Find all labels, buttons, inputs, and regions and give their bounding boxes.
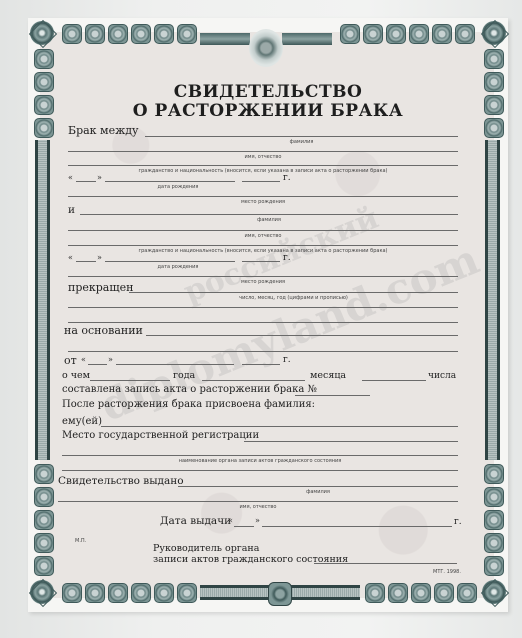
hint-name: имя, отчество xyxy=(68,154,458,160)
quote-close: » xyxy=(97,253,102,262)
rosette-ornament-icon xyxy=(154,24,174,44)
rosette-ornament-icon xyxy=(386,24,406,44)
record-day-field[interactable] xyxy=(362,380,426,381)
hint-surname: фамилия xyxy=(145,139,458,145)
rosette-ornament-icon xyxy=(34,464,54,484)
issued-surname-field[interactable] xyxy=(178,486,458,487)
quote-open: « xyxy=(68,173,73,182)
left-border-bar xyxy=(35,140,50,460)
rosette-ornament-icon xyxy=(388,583,408,603)
certificate-paper: российский diplomyland.com СВИДЕТЕЛЬСТВО… xyxy=(28,18,508,612)
print-code: МТГ. 1998. xyxy=(433,569,461,575)
rosette-ornament-icon xyxy=(409,24,429,44)
termination-date-line-2[interactable] xyxy=(68,307,458,308)
rosette-ornament-icon xyxy=(154,583,174,603)
hint-birth-date: дата рождения xyxy=(128,184,228,190)
birth-place-2-field[interactable] xyxy=(68,276,458,277)
hint-surname: фамилия xyxy=(80,217,458,223)
ribbon-ornament xyxy=(200,33,250,45)
termination-date-line-3[interactable] xyxy=(68,322,458,323)
document-subtitle: О РАСТОРЖЕНИИ БРАКА xyxy=(28,101,508,121)
corner-ornament-icon xyxy=(482,21,506,45)
ribbon-ornament xyxy=(282,33,332,45)
label-terminated: прекращен xyxy=(68,281,133,294)
quote-close: » xyxy=(108,355,113,364)
corner-ornament-icon xyxy=(482,580,506,604)
corner-ornament-icon xyxy=(30,21,54,45)
head-signature-field[interactable] xyxy=(314,563,457,564)
hint-name: имя, отчество xyxy=(58,504,458,510)
quote-close: » xyxy=(255,516,260,525)
basis-line-2[interactable] xyxy=(68,351,458,352)
hint-birth-place: место рождения xyxy=(68,199,458,205)
birth-day-1-field[interactable] xyxy=(76,181,96,182)
basis-day-field[interactable] xyxy=(88,364,107,365)
issue-day-field[interactable] xyxy=(234,526,254,527)
label-head-1: Руководитель органа xyxy=(153,543,259,554)
basis-field[interactable] xyxy=(146,335,458,336)
surname-2-field[interactable] xyxy=(80,214,458,215)
rosette-ornament-icon xyxy=(411,583,431,603)
rosette-ornament-icon xyxy=(62,24,82,44)
label-from: от xyxy=(64,354,77,367)
basis-year-field[interactable] xyxy=(242,364,280,365)
quote-open: « xyxy=(228,516,233,525)
rosette-ornament-icon xyxy=(484,556,504,576)
stamp-place: М.П. xyxy=(75,538,86,544)
rosette-ornament-icon xyxy=(484,510,504,530)
rosette-ornament-icon xyxy=(363,24,383,44)
birth-year-1-field[interactable] xyxy=(242,181,280,182)
hint-citizenship: гражданство и национальность (вносится, … xyxy=(68,248,458,254)
rosette-ornament-icon xyxy=(177,24,197,44)
quote-open: « xyxy=(81,355,86,364)
rosette-ornament-icon xyxy=(434,583,454,603)
rosette-ornament-icon xyxy=(108,24,128,44)
rosette-ornament-icon xyxy=(177,583,197,603)
rosette-ornament-icon xyxy=(484,464,504,484)
rosette-ornament-icon xyxy=(34,118,54,138)
record-year-field[interactable] xyxy=(90,380,170,381)
label-to-him-her: ему(ей) xyxy=(62,416,102,427)
quote-open: « xyxy=(68,253,73,262)
label-after-divorce: После расторжения брака присвоена фамили… xyxy=(62,399,315,410)
label-certificate-issued: Свидетельство выдано xyxy=(58,475,184,487)
citizenship-1-field[interactable] xyxy=(68,165,458,166)
rosette-ornament-icon xyxy=(340,24,360,44)
label-on-basis: на основании xyxy=(64,324,143,337)
quote-close: » xyxy=(97,173,102,182)
rosette-ornament-icon xyxy=(484,118,504,138)
citizenship-2-field[interactable] xyxy=(68,245,458,246)
rosette-ornament-icon xyxy=(365,583,385,603)
label-about: о чем xyxy=(62,370,90,381)
rosette-ornament-icon xyxy=(85,583,105,603)
hint-name: имя, отчество xyxy=(68,233,458,239)
rosette-ornament-icon xyxy=(34,487,54,507)
rosette-ornament-icon xyxy=(432,24,452,44)
surname-1-field[interactable] xyxy=(145,136,458,137)
hint-citizenship: гражданство и национальность (вносится, … xyxy=(68,168,458,174)
new-surname-field[interactable] xyxy=(101,426,458,427)
name-2-field[interactable] xyxy=(68,230,458,231)
rosette-ornament-icon xyxy=(62,583,82,603)
label-year: года xyxy=(173,370,195,381)
label-day: числа xyxy=(428,371,456,381)
rosette-ornament-icon xyxy=(484,533,504,553)
label-and: и xyxy=(68,204,75,216)
year-abbr: г. xyxy=(283,173,291,183)
rosette-ornament-icon xyxy=(484,49,504,69)
hint-date-words: число, месяц, год (цифрами и прописью) xyxy=(129,295,458,301)
registration-place-line-2[interactable] xyxy=(62,455,458,456)
rosette-ornament-icon xyxy=(131,583,151,603)
label-month: месяца xyxy=(310,370,346,381)
year-abbr: г. xyxy=(454,517,462,527)
right-border-bar xyxy=(485,140,500,460)
registration-place-field[interactable] xyxy=(244,441,458,442)
rosette-ornament-icon xyxy=(131,24,151,44)
rosette-ornament-icon xyxy=(457,583,477,603)
rosette-ornament-icon xyxy=(34,49,54,69)
record-number-field[interactable] xyxy=(295,395,370,396)
birth-month-1-field[interactable] xyxy=(105,181,235,182)
record-month-field[interactable] xyxy=(202,380,305,381)
rosette-ornament-icon xyxy=(34,533,54,553)
label-record-made: составлена запись акта о расторжении бра… xyxy=(62,384,317,395)
label-registration-place: Место государственной регистрации xyxy=(62,430,259,441)
registration-place-line-3[interactable] xyxy=(62,470,458,471)
document-title: СВИДЕТЕЛЬСТВО xyxy=(28,82,508,102)
rosette-ornament-icon xyxy=(484,487,504,507)
bottom-emblem-icon xyxy=(268,582,292,606)
rosette-ornament-icon xyxy=(85,24,105,44)
issue-month-year-field[interactable] xyxy=(262,526,452,527)
coat-of-arms-icon xyxy=(249,29,283,67)
year-abbr: г. xyxy=(283,355,291,365)
birth-place-1-field[interactable] xyxy=(68,196,458,197)
label-issue-date: Дата выдачи xyxy=(160,515,231,527)
name-1-field[interactable] xyxy=(68,151,458,152)
hint-surname: фамилия xyxy=(178,489,458,495)
corner-ornament-icon xyxy=(30,580,54,604)
rosette-ornament-icon xyxy=(34,510,54,530)
hint-registry-office: наименование органа записи актов граждан… xyxy=(62,458,458,464)
rosette-ornament-icon xyxy=(108,583,128,603)
basis-month-field[interactable] xyxy=(116,364,234,365)
issued-name-field[interactable] xyxy=(58,501,458,502)
birth-year-2-field[interactable] xyxy=(242,261,280,262)
rosette-ornament-icon xyxy=(34,556,54,576)
hint-birth-date: дата рождения xyxy=(128,264,228,270)
birth-month-2-field[interactable] xyxy=(105,261,235,262)
birth-day-2-field[interactable] xyxy=(76,261,96,262)
termination-date-field[interactable] xyxy=(129,292,458,293)
year-abbr: г. xyxy=(283,253,291,263)
label-marriage-between: Брак между xyxy=(68,124,139,137)
rosette-ornament-icon xyxy=(455,24,475,44)
